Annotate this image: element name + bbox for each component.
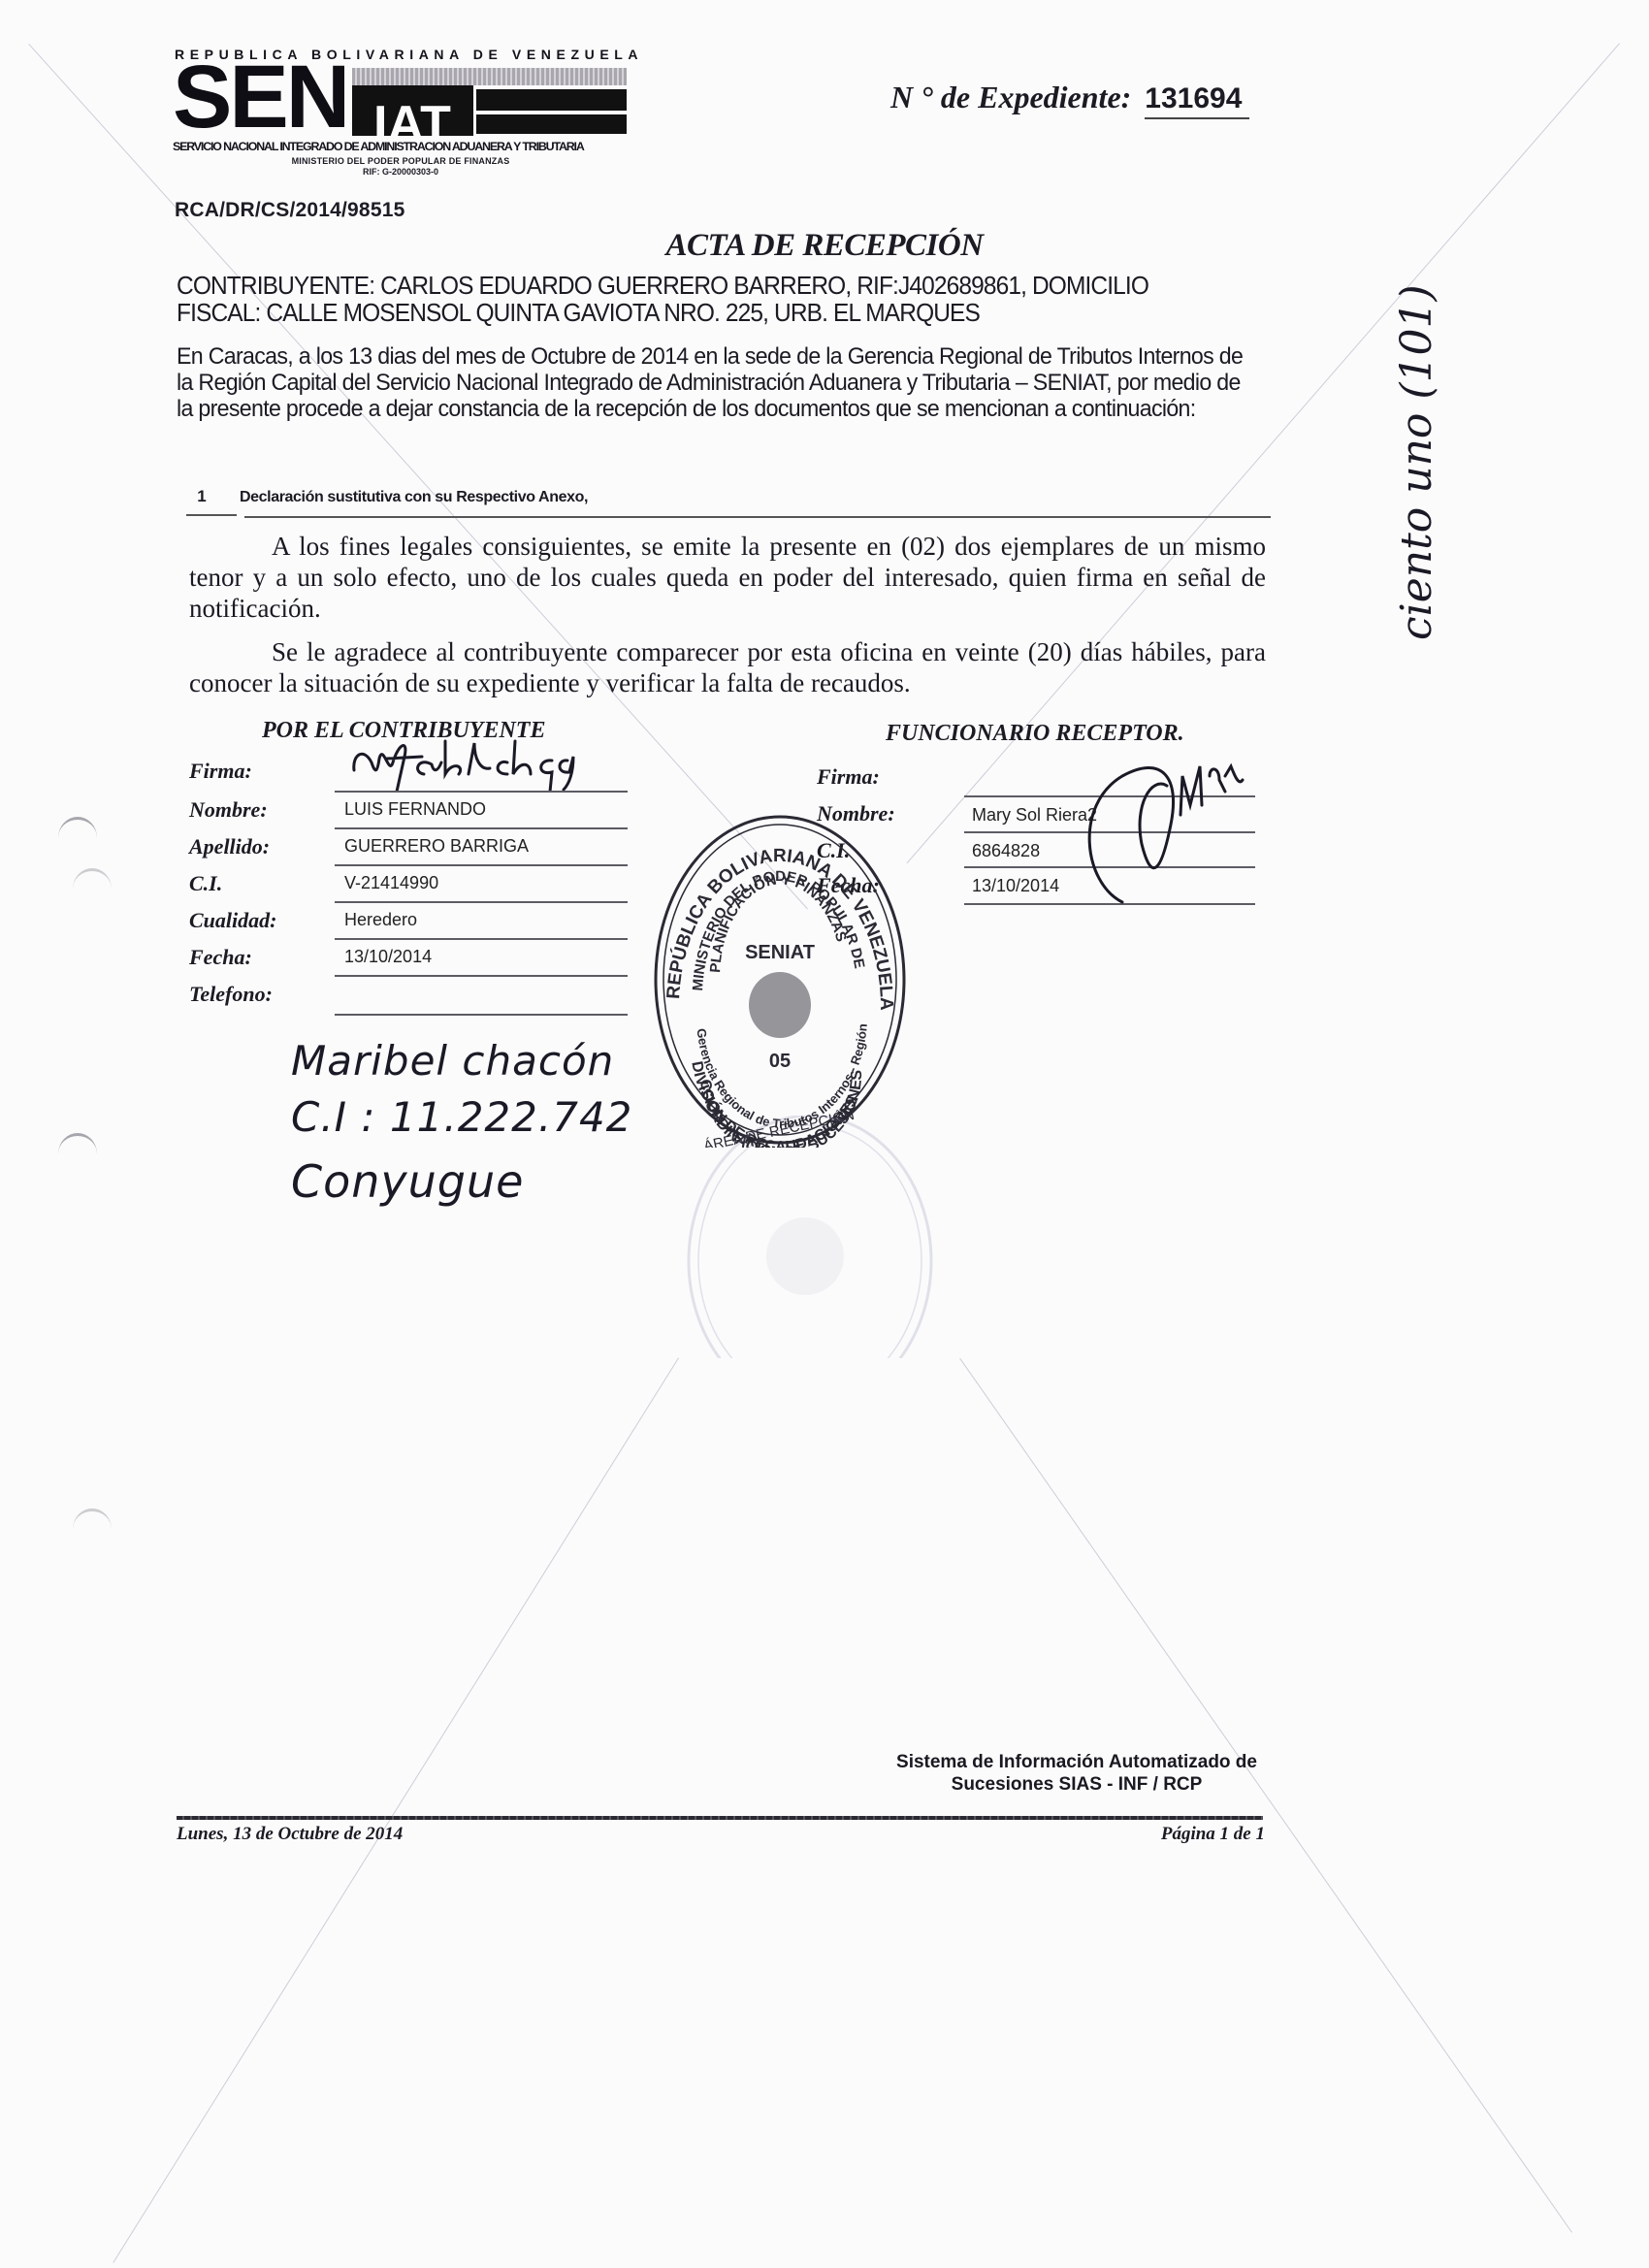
- logo-flag-mark: IAT ★★★★★★★★: [352, 68, 627, 136]
- handwritten-annotation: Maribel chacón C.I : 11.222.742 Conyugue: [291, 1033, 679, 1210]
- document-item-row: 1 Declaración sustitutiva con su Respect…: [177, 487, 1271, 520]
- expediente-value: 131694: [1145, 82, 1249, 119]
- handwritten-relation: Conyugue: [291, 1153, 679, 1210]
- expediente-label: N ° de Expediente:: [890, 80, 1131, 114]
- firma-label: Firma:: [817, 764, 880, 790]
- svg-text:05: 05: [769, 1051, 791, 1072]
- system-name: Sistema de Información Automatizado de S…: [854, 1751, 1300, 1796]
- faint-stamp-bleed: [674, 1116, 936, 1358]
- nombre-label: Nombre:: [189, 797, 268, 823]
- handwritten-ci: C.I : 11.222.742: [291, 1089, 679, 1146]
- ci-value: V-21414990: [344, 873, 438, 893]
- apellido-value: GUERRERO BARRIGA: [344, 836, 529, 857]
- margin-folio-note: ciento uno (101): [1392, 284, 1441, 640]
- contribuyente-signature: [344, 733, 606, 792]
- expediente-number: N ° de Expediente:131694: [890, 80, 1249, 119]
- contribuyente-info: CONTRIBUYENTE: CARLOS EDUARDO GUERRERO B…: [177, 273, 1238, 327]
- ci-value: 6864828: [972, 841, 1040, 861]
- punch-hole-mark: [58, 817, 97, 859]
- nombre-value: LUIS FERNANDO: [344, 799, 486, 820]
- footer-date: Lunes, 13 de Octubre de 2014: [177, 1824, 403, 1845]
- ci-label: C.I.: [189, 871, 222, 896]
- cualidad-label: Cualidad:: [189, 908, 276, 933]
- receptor-signature: [1064, 737, 1268, 912]
- footer-rule: [177, 1816, 1263, 1820]
- legal-paragraph: Se le agradece al contribuyente comparec…: [189, 636, 1266, 698]
- page-indicator: Página 1 de 1: [1143, 1824, 1265, 1845]
- fecha-value: 13/10/2014: [972, 876, 1059, 896]
- telefono-label: Telefono:: [189, 982, 273, 1007]
- fecha-value: 13/10/2014: [344, 947, 432, 967]
- logo-wordmark: SEN: [173, 58, 347, 136]
- legal-paragraph: A los fines legales consiguientes, se em…: [189, 531, 1266, 624]
- reference-code: RCA/DR/CS/2014/98515: [175, 199, 404, 222]
- logo-agency: SERVICIO NACIONAL INTEGRADO DE ADMINISTR…: [173, 140, 629, 153]
- document-title: ACTA DE RECEPCIÓN: [0, 228, 1649, 264]
- punch-hole-mark: [58, 1133, 97, 1175]
- firma-label: Firma:: [189, 759, 252, 784]
- seniat-logo: REPUBLICA BOLIVARIANA DE VENEZUELA SEN I…: [173, 47, 629, 202]
- fecha-label: Fecha:: [189, 945, 252, 970]
- intro-paragraph: En Caracas, a los 13 dias del mes de Oct…: [177, 343, 1244, 422]
- cualidad-value: Heredero: [344, 910, 417, 930]
- logo-rif: RIF: G-20000303-0: [173, 167, 629, 177]
- handwritten-name: Maribel chacón: [291, 1033, 679, 1089]
- official-seal-stamp: REPÚBLICA BOLIVARIANA DE VENEZUELA MINIS…: [652, 813, 909, 1148]
- apellido-label: Apellido:: [189, 834, 270, 859]
- svg-text:SENIAT: SENIAT: [745, 942, 815, 963]
- punch-hole-mark: [73, 868, 112, 910]
- item-quantity: 1: [177, 487, 227, 506]
- punch-hole-mark: [73, 1508, 112, 1550]
- contribuyente-signature-block: Firma: Nombre: LUIS FERNANDO Apellido: G…: [189, 747, 635, 1019]
- scan-crease: [113, 1357, 679, 2262]
- item-description: Declaración sustitutiva con su Respectiv…: [240, 489, 588, 506]
- logo-ministry: MINISTERIO DEL PODER POPULAR DE FINANZAS: [173, 156, 629, 166]
